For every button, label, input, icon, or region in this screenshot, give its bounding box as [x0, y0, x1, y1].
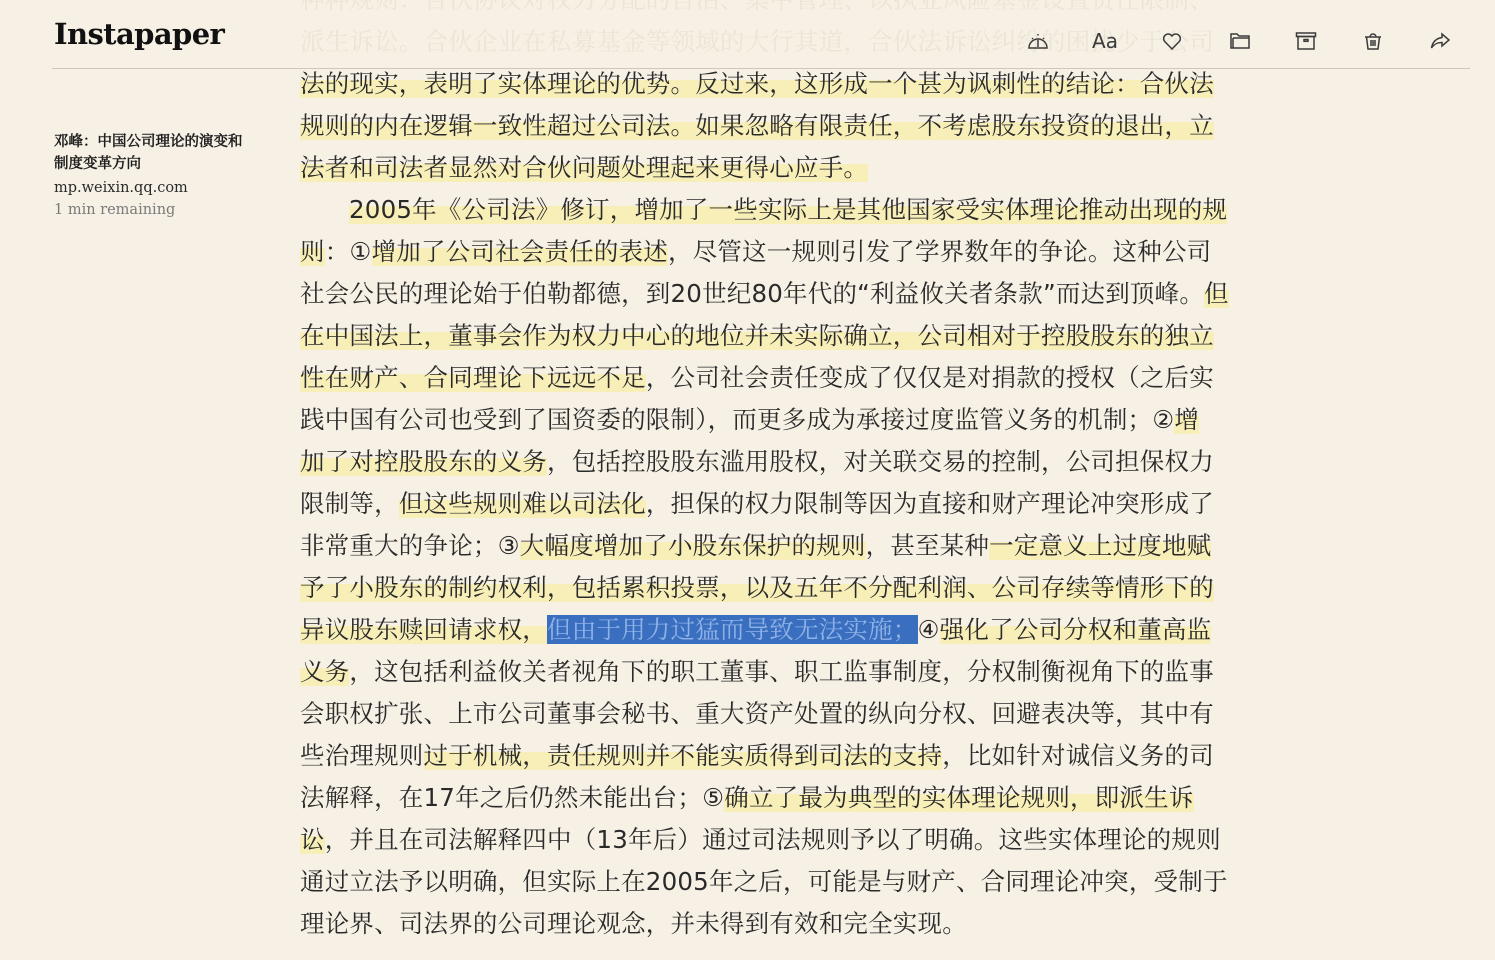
- highlighted-text[interactable]: 法者和司法者显然对合伙问题处理起来更得心应手。: [300, 153, 868, 182]
- delete-button[interactable]: [1359, 27, 1387, 55]
- speedometer-icon: [1026, 29, 1050, 53]
- text-segment[interactable]: ，比如针对诚信义务的司: [942, 741, 1214, 770]
- move-to-folder-button[interactable]: [1226, 27, 1254, 55]
- reading-time-remaining: 1 min remaining: [54, 199, 274, 221]
- text-segment[interactable]: 限制等，: [300, 489, 399, 518]
- highlighted-text[interactable]: 加了对控股股东的义务: [300, 447, 547, 476]
- highlighted-text[interactable]: 在中国法上，董事会作为权力中心的地位并未实际确立，公司相对于控股股东的独立: [300, 321, 1214, 350]
- highlighted-text[interactable]: 过于机械，责任规则并不能实质得到司法的支持: [424, 741, 943, 770]
- text-segment[interactable]: ④: [918, 615, 940, 644]
- highlighted-text[interactable]: 确立了最为典型的实体理论规则，即派生诉: [724, 783, 1193, 812]
- text-segment[interactable]: ，担保的权力限制等因为直接和财产理论冲突形成了: [646, 489, 1214, 518]
- article-line: 规则的内在逻辑一致性超过公司法。如果忽略有限责任，不考虑股东投资的退出，立: [300, 105, 1230, 147]
- article-line: 予了小股东的制约权利，包括累积投票，以及五年不分配利润、公司存续等情形下的: [300, 567, 1230, 609]
- highlighted-text[interactable]: 则: [300, 237, 325, 266]
- highlighted-text[interactable]: 异议股东赎回请求权，: [300, 615, 547, 644]
- highlighted-text[interactable]: 增加了公司社会责任的表述: [372, 237, 668, 266]
- article-line: 会职权扩张、上市公司董事会秘书、重大资产处置的纵向分权、回避表决等，其中有: [300, 693, 1230, 735]
- article-line: 非常重大的争论；③大幅度增加了小股东保护的规则，甚至某种一定意义上过度地赋: [300, 525, 1230, 567]
- article-meta: 邓峰：中国公司理论的演变和 制度变革方向 mp.weixin.qq.com 1 …: [54, 131, 274, 221]
- trash-icon: [1361, 29, 1385, 53]
- app-header: Instapaper Aa: [0, 0, 1495, 69]
- share-arrow-icon: [1428, 29, 1452, 53]
- text-segment[interactable]: ，并且在司法解释四中（13年后）通过司法规则予以了明确。这些实体理论的规则: [325, 825, 1221, 854]
- article-line: 法的现实，表明了实体理论的优势。反过来，这形成一个甚为讽刺性的结论：合伙法: [300, 63, 1230, 105]
- article-body: 种种规则：合伙协议对权力分配的自治、集中管理、以执业风险基金设置责任限制、派生诉…: [300, 0, 1230, 945]
- article-line: 限制等，但这些规则难以司法化，担保的权力限制等因为直接和财产理论冲突形成了: [300, 483, 1230, 525]
- article-line: 加了对控股股东的义务，包括控股股东滥用股权，对关联交易的控制，公司担保权力: [300, 441, 1230, 483]
- text-segment[interactable]: 非常重大的争论；③: [300, 531, 520, 560]
- archive-box-icon: [1294, 29, 1318, 53]
- highlighted-text[interactable]: 义务: [300, 657, 349, 686]
- article-line: 社会公民的理论始于伯勒都德，到20世纪80年代的“利益攸关者条款”而达到顶峰。但: [300, 273, 1230, 315]
- text-segment[interactable]: 会职权扩张、上市公司董事会秘书、重大资产处置的纵向分权、回避表决等，其中有: [300, 699, 1214, 728]
- article-line: 法者和司法者显然对合伙问题处理起来更得心应手。: [300, 147, 1230, 189]
- text-segment[interactable]: ，这包括利益攸关者视角下的职工董事、职工监事制度，分权制衡视角下的监事: [349, 657, 1214, 686]
- article-line: 通过立法予以明确，但实际上在2005年之后，可能是与财产、合同理论冲突，受制于: [300, 861, 1230, 903]
- highlighted-text[interactable]: 大幅度增加了小股东保护的规则: [520, 531, 866, 560]
- article-line: 异议股东赎回请求权，但由于用力过猛而导致无法实施；④强化了公司分权和董高监: [300, 609, 1230, 651]
- text-segment[interactable]: ，甚至某种: [866, 531, 990, 560]
- archive-button[interactable]: [1292, 27, 1320, 55]
- text-segment[interactable]: 社会公民的理论始于伯勒都德，到20世纪80年代的“利益攸关者条款”而达到顶峰。: [300, 279, 1204, 308]
- header-divider: [52, 68, 1470, 69]
- highlighted-text[interactable]: 一定意义上过度地赋: [989, 531, 1211, 560]
- highlighted-text[interactable]: 增: [1174, 405, 1199, 434]
- article-line: 理论界、司法界的公司理论观念，并未得到有效和完全实现。: [300, 903, 1230, 945]
- article-line: 践中国有公司也受到了国资委的限制），而更多成为承接过度监管义务的机制；②增: [300, 399, 1230, 441]
- highlighted-text[interactable]: 规则的内在逻辑一致性超过公司法。如果忽略有限责任，不考虑股东投资的退出，立: [300, 111, 1214, 140]
- speed-reading-button[interactable]: [1024, 27, 1052, 55]
- highlighted-text[interactable]: 但这些规则难以司法化: [399, 489, 646, 518]
- article-line: 性在财产、合同理论下远远不足，公司社会责任变成了仅仅是对捐款的授权（之后实: [300, 357, 1230, 399]
- like-button[interactable]: [1158, 27, 1186, 55]
- highlighted-text[interactable]: 性在财产、合同理论下远远不足: [300, 363, 646, 392]
- selected-text[interactable]: 但由于用力过猛而导致无法实施；: [547, 615, 918, 644]
- highlighted-text[interactable]: 法的现实，表明了实体理论的优势。反过来，这形成一个甚为讽刺性的结论：合伙法: [300, 69, 1214, 98]
- highlighted-text[interactable]: 2005年《公司法》修订，增加了一些实际上是其他国家受实体理论推动出现的规: [349, 195, 1227, 224]
- text-segment[interactable]: ：①: [325, 237, 372, 266]
- heart-icon: [1160, 29, 1184, 53]
- text-segment[interactable]: 践中国有公司也受到了国资委的限制），而更多成为承接过度监管义务的机制；②: [300, 405, 1174, 434]
- article-line: 则：①增加了公司社会责任的表述，尽管这一规则引发了学界数年的争论。这种公司: [300, 231, 1230, 273]
- article-title-line: 邓峰：中国公司理论的演变和: [54, 131, 274, 153]
- text-segment[interactable]: 法解释，在17年之后仍然未能出台；⑤: [300, 783, 724, 812]
- instapaper-logo[interactable]: Instapaper: [54, 17, 224, 51]
- text-segment[interactable]: 些治理规则: [300, 741, 424, 770]
- article-title-line: 制度变革方向: [54, 153, 274, 175]
- highlighted-text[interactable]: 但: [1204, 279, 1229, 308]
- text-settings-icon: Aa: [1092, 29, 1118, 53]
- highlighted-text[interactable]: 强化了公司分权和董高监: [940, 615, 1212, 644]
- article-source-link[interactable]: mp.weixin.qq.com: [54, 177, 274, 199]
- text-segment[interactable]: ，公司社会责任变成了仅仅是对捐款的授权（之后实: [646, 363, 1214, 392]
- article-line: 义务，这包括利益攸关者视角下的职工董事、职工监事制度，分权制衡视角下的监事: [300, 651, 1230, 693]
- article-title: 邓峰：中国公司理论的演变和 制度变革方向: [54, 131, 274, 175]
- article-line: 2005年《公司法》修订，增加了一些实际上是其他国家受实体理论推动出现的规: [300, 189, 1230, 231]
- article-line: 些治理规则过于机械，责任规则并不能实质得到司法的支持，比如针对诚信义务的司: [300, 735, 1230, 777]
- folder-icon: [1228, 29, 1252, 53]
- share-button[interactable]: [1426, 27, 1454, 55]
- text-segment[interactable]: ，尽管这一规则引发了学界数年的争论。这种公司: [668, 237, 1211, 266]
- article-line: 法解释，在17年之后仍然未能出台；⑤确立了最为典型的实体理论规则，即派生诉: [300, 777, 1230, 819]
- highlighted-text[interactable]: 讼: [300, 825, 325, 854]
- text-segment[interactable]: ，包括控股股东滥用股权，对关联交易的控制，公司担保权力: [547, 447, 1214, 476]
- highlighted-text[interactable]: 予了小股东的制约权利，包括累积投票，以及五年不分配利润、公司存续等情形下的: [300, 573, 1214, 602]
- text-segment[interactable]: 通过立法予以明确，但实际上在2005年之后，可能是与财产、合同理论冲突，受制于: [300, 867, 1228, 896]
- text-segment[interactable]: 理论界、司法界的公司理论观念，并未得到有效和完全实现。: [300, 909, 967, 938]
- article-line: 讼，并且在司法解释四中（13年后）通过司法规则予以了明确。这些实体理论的规则: [300, 819, 1230, 861]
- article-line: 在中国法上，董事会作为权力中心的地位并未实际确立，公司相对于控股股东的独立: [300, 315, 1230, 357]
- text-settings-button[interactable]: Aa: [1091, 27, 1119, 55]
